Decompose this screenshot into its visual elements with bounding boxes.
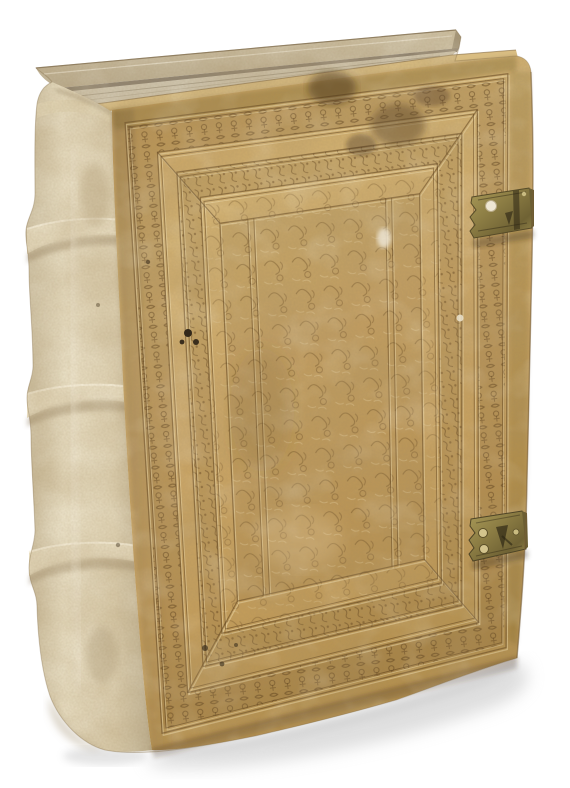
clasp-rivet — [513, 529, 519, 535]
clasp-hole — [486, 201, 497, 212]
book-photograph — [0, 0, 570, 788]
book-illustration — [0, 0, 570, 788]
clasp-upper — [470, 188, 534, 248]
clasp-rivet — [480, 545, 489, 554]
clasp-rivet — [479, 529, 488, 538]
clasp-rivet — [522, 192, 526, 196]
photo-stage — [0, 0, 570, 788]
